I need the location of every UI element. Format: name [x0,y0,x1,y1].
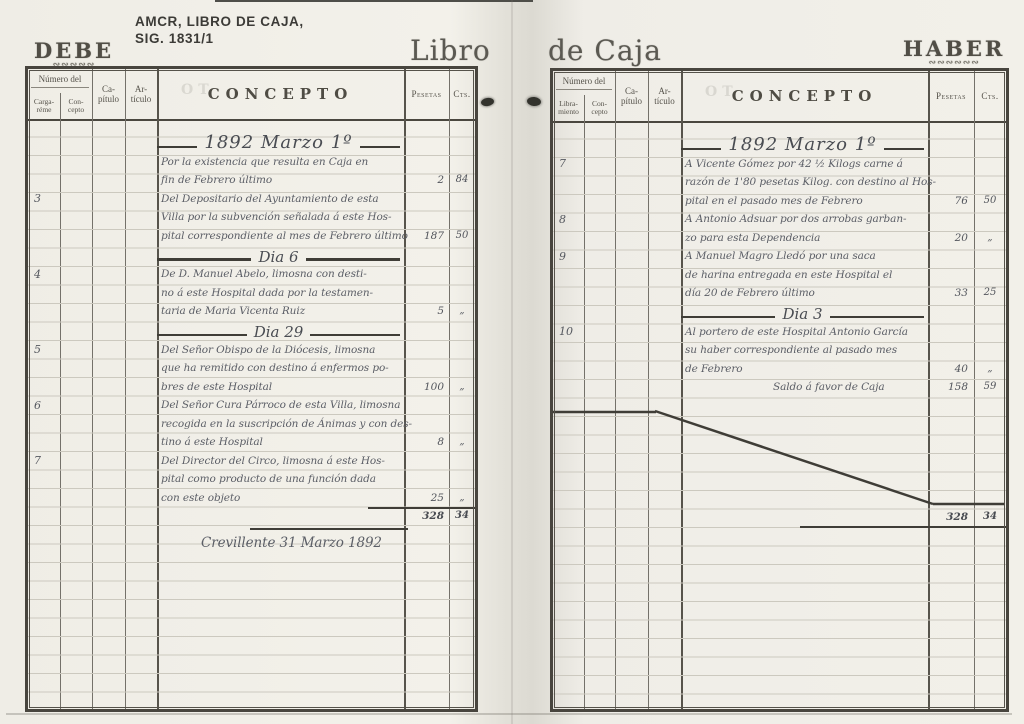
entry-line: 7A Vicente Gómez por 42 ½ Kilogs carne á [553,155,1006,174]
entry-text: pital en el pasado mes de Febrero [685,195,863,207]
concepto-header: OT CONCEPTO [157,69,404,119]
debe-entries-area: 1892 Marzo 1ºPor la existencia que resul… [28,119,475,709]
binding-hole [527,96,542,106]
entry-line: pital correspondiente al mes de Febrero … [28,227,475,246]
entry-line: con este objeto25„ [28,489,475,508]
entry-line: Por la existencia que resulta en Caja en [28,153,475,172]
haber-stamp: HABER ∾∾∾∾∾∾ [903,36,1005,66]
entry-text: su haber correspondiente al pasado mes [685,344,897,356]
saldo-row: Saldo á favor de Caja15859 [553,379,1006,398]
amount-cts: „ [451,436,473,447]
entry-line: Villa por la subvención señalada á este … [28,209,475,228]
numero-del-label: Número del [31,69,89,88]
entry-text: fin de Febrero último [161,174,272,186]
signature-rule [250,528,408,530]
entry-number: 5 [34,343,58,356]
entry-text: A Antonio Adsuar por dos arrobas garban- [685,213,906,225]
amount-pesetas: 40 [928,363,968,375]
entry-number: 4 [34,268,58,281]
month-heading-text: 1892 Marzo 1º [204,132,352,153]
entry-text: Por la existencia que resulta en Caja en [161,156,368,168]
entry-text: zo para esta Dependencia [685,232,820,244]
entry-text: no á este Hospital dada por la testamen- [161,287,373,299]
numero-del-header: Número del [28,69,92,88]
entry-line: recogida en la suscripción de Ánimas y c… [28,415,475,434]
binding-hole [481,97,495,107]
day-heading-text: Dia 29 [254,323,304,341]
total-row: 32834 [28,508,475,527]
entry-line: 5Del Señor Obispo de la Diócesis, limosn… [28,341,475,360]
amount-cts: 25 [976,287,1004,298]
entry-line: 3Del Depositario del Ayuntamiento de est… [28,190,475,209]
entry-line: que ha remitido con destino á enfermos p… [28,360,475,379]
haber-ledger-table: Número del Libra- miento Con- cepto Ca- … [550,68,1009,712]
amount-pesetas: 5 [404,305,444,317]
gap-row [553,397,1006,508]
day-heading-text: Dia 3 [782,305,822,323]
amount-cts: „ [451,381,473,392]
entry-text: razón de 1'80 pesetas Kilog. con destino… [685,176,936,188]
entry-text: Villa por la subvención señalada á este … [161,211,391,223]
amount-cts: „ [451,492,473,503]
amount-pesetas: 328 [404,510,444,522]
entry-line: taria de Maria Vicenta Ruiz5„ [28,303,475,322]
concepto-ghost-bleedthrough: OT [705,87,738,97]
amount-cts: 50 [451,230,473,241]
entry-line: pital como producto de una función dada [28,471,475,490]
month-heading-text: 1892 Marzo 1º [728,134,876,155]
entry-text: De D. Manuel Abelo, limosna con desti- [161,268,367,280]
day-row: Dia 6 [28,246,475,266]
amount-cts: 50 [976,195,1004,206]
total-row: 32834 [553,508,1006,527]
entry-line: 4De D. Manuel Abelo, limosna con desti- [28,266,475,285]
saldo-text: Saldo á favor de Caja [773,381,885,393]
amount-cts: 84 [451,174,473,185]
pesetas-header: Pesetas [928,71,974,121]
entry-line: pital en el pasado mes de Febrero7650 [553,192,1006,211]
entry-line: bres de este Hospital100„ [28,378,475,397]
entry-text: Al portero de este Hospital Antonio Garc… [685,326,908,338]
month-row: 1892 Marzo 1º [28,119,475,153]
entry-line: no á este Hospital dada por la testamen- [28,284,475,303]
entry-number: 6 [34,399,58,412]
entry-line: de Febrero40„ [553,360,1006,379]
articulo-header: Ar- tículo [648,71,681,121]
cts-header: Cts. [449,69,475,119]
entry-line: su haber correspondiente al pasado mes [553,342,1006,361]
entry-text: pital como producto de una función dada [161,473,376,485]
cargareme-header: Carga- réme [28,93,60,119]
entry-number: 8 [559,213,583,226]
amount-pesetas: 328 [928,511,968,523]
concepto-header: OT CONCEPTO [681,71,928,121]
entry-line: 9A Manuel Magro Lledó por una saca [553,248,1006,267]
concepto-header-text: CONCEPTO [732,91,878,101]
entry-line: zo para esta Dependencia20„ [553,229,1006,248]
amount-pesetas: 20 [928,232,968,244]
articulo-header: Ar- tículo [125,69,157,119]
entry-text: bres de este Hospital [161,381,272,393]
numero-del-header: Número del [553,71,615,90]
entry-text: día 20 de Febrero último [685,287,815,299]
entry-line: tino á este Hospital8„ [28,434,475,453]
entry-number: 9 [559,250,583,263]
amount-pesetas: 100 [404,381,444,393]
total-underline [800,526,1006,528]
entry-line: día 20 de Febrero último3325 [553,285,1006,304]
amount-pesetas: 2 [404,174,444,186]
entry-line: razón de 1'80 pesetas Kilog. con destino… [553,174,1006,193]
capitulo-header: Ca- pítulo [92,69,125,119]
entry-text: con este objeto [161,492,240,504]
entry-text: A Manuel Magro Lledó por una saca [685,250,876,262]
day-row: Dia 3 [553,303,1006,323]
entry-number: 10 [559,325,583,338]
amount-pesetas: 25 [404,492,444,504]
entry-text: Del Director del Circo, limosna á este H… [161,455,385,467]
amount-cts: 34 [976,511,1004,522]
entry-text: Del Señor Obispo de la Diócesis, limosna [161,344,375,356]
entry-text: de Febrero [685,363,743,375]
entry-text: tino á este Hospital [161,436,263,448]
entry-line: 7Del Director del Circo, limosna á este … [28,452,475,471]
debe-table-header: Número del Carga- réme Con- cepto Ca- pí… [28,69,475,121]
concepto-ghost-bleedthrough: OT [181,85,214,95]
capitulo-header: Ca- pítulo [615,71,648,121]
libro-title: Libro [410,34,491,67]
amount-cts: „ [976,232,1004,243]
entry-line: 6Del Señor Cura Párroco de esta Villa, l… [28,397,475,416]
page-gutter-fold [511,0,513,724]
de-caja-title: de Caja [548,34,662,67]
signature-text: Crevillente 31 Marzo 1892 [201,535,382,551]
stamp-ornament: ∾∾∾∾∾∾ [903,61,1005,66]
amount-pesetas: 76 [928,195,968,207]
entry-line: fin de Febrero último284 [28,172,475,191]
haber-entries-area: 1892 Marzo 1º7A Vicente Gómez por 42 ½ K… [553,121,1006,709]
scan-edge-artifact [215,0,533,2]
entry-number: 7 [34,454,58,467]
entry-text: de harina entregada en este Hospital el [685,269,892,281]
scanned-ledger-sheet: AMCR, LIBRO DE CAJA, SIG. 1831/1 DEBE ∾∾… [0,0,1024,724]
debe-stamp: DEBE ∾∾∾∾∾ [34,38,114,68]
haber-table-header: Número del Libra- miento Con- cepto Ca- … [553,71,1006,123]
amount-cts: „ [451,305,473,316]
amount-pesetas: 158 [928,381,968,393]
day-heading-text: Dia 6 [258,248,298,266]
entry-line: 10Al portero de este Hospital Antonio Ga… [553,323,1006,342]
amount-pesetas: 8 [404,436,444,448]
concepto-num-header: Con- cepto [60,93,92,119]
amount-pesetas: 187 [404,230,444,242]
pesetas-header: Pesetas [404,69,449,119]
numero-del-label: Número del [556,71,612,90]
entry-text: taria de Maria Vicenta Ruiz [161,305,305,317]
day-row: Dia 29 [28,321,475,341]
amount-cts: „ [976,363,1004,374]
month-row: 1892 Marzo 1º [553,121,1006,155]
cts-header: Cts. [974,71,1006,121]
archive-label-line1: AMCR, LIBRO DE CAJA, [135,14,304,29]
entry-text: pital correspondiente al mes de Febrero … [161,230,408,242]
entry-text: recogida en la suscripción de Ánimas y c… [161,418,412,430]
archive-reference-label: AMCR, LIBRO DE CAJA, SIG. 1831/1 [135,13,304,47]
entry-text: que ha remitido con destino á enfermos p… [161,362,389,374]
amount-cts: 59 [976,381,1004,392]
concepto-num-header: Con- cepto [584,95,615,121]
amount-cts: 34 [451,510,473,521]
entry-text: Del Señor Cura Párroco de esta Villa, li… [161,399,400,411]
amount-pesetas: 33 [928,287,968,299]
entry-text: A Vicente Gómez por 42 ½ Kilogs carne á [685,158,903,170]
page-bottom-edge [6,713,1012,715]
libramiento-header: Libra- miento [553,95,584,121]
entry-line: de harina entregada en este Hospital el [553,266,1006,285]
entry-number: 7 [559,157,583,170]
archive-label-line2: SIG. 1831/1 [135,31,214,46]
sum-rule [368,507,475,509]
signature-row: Crevillente 31 Marzo 1892 [28,527,475,557]
entry-number: 3 [34,192,58,205]
debe-ledger-table: Número del Carga- réme Con- cepto Ca- pí… [25,66,478,712]
entry-line: 8A Antonio Adsuar por dos arrobas garban… [553,211,1006,230]
entry-text: Del Depositario del Ayuntamiento de esta [161,193,379,205]
concepto-header-text: CONCEPTO [208,89,354,99]
